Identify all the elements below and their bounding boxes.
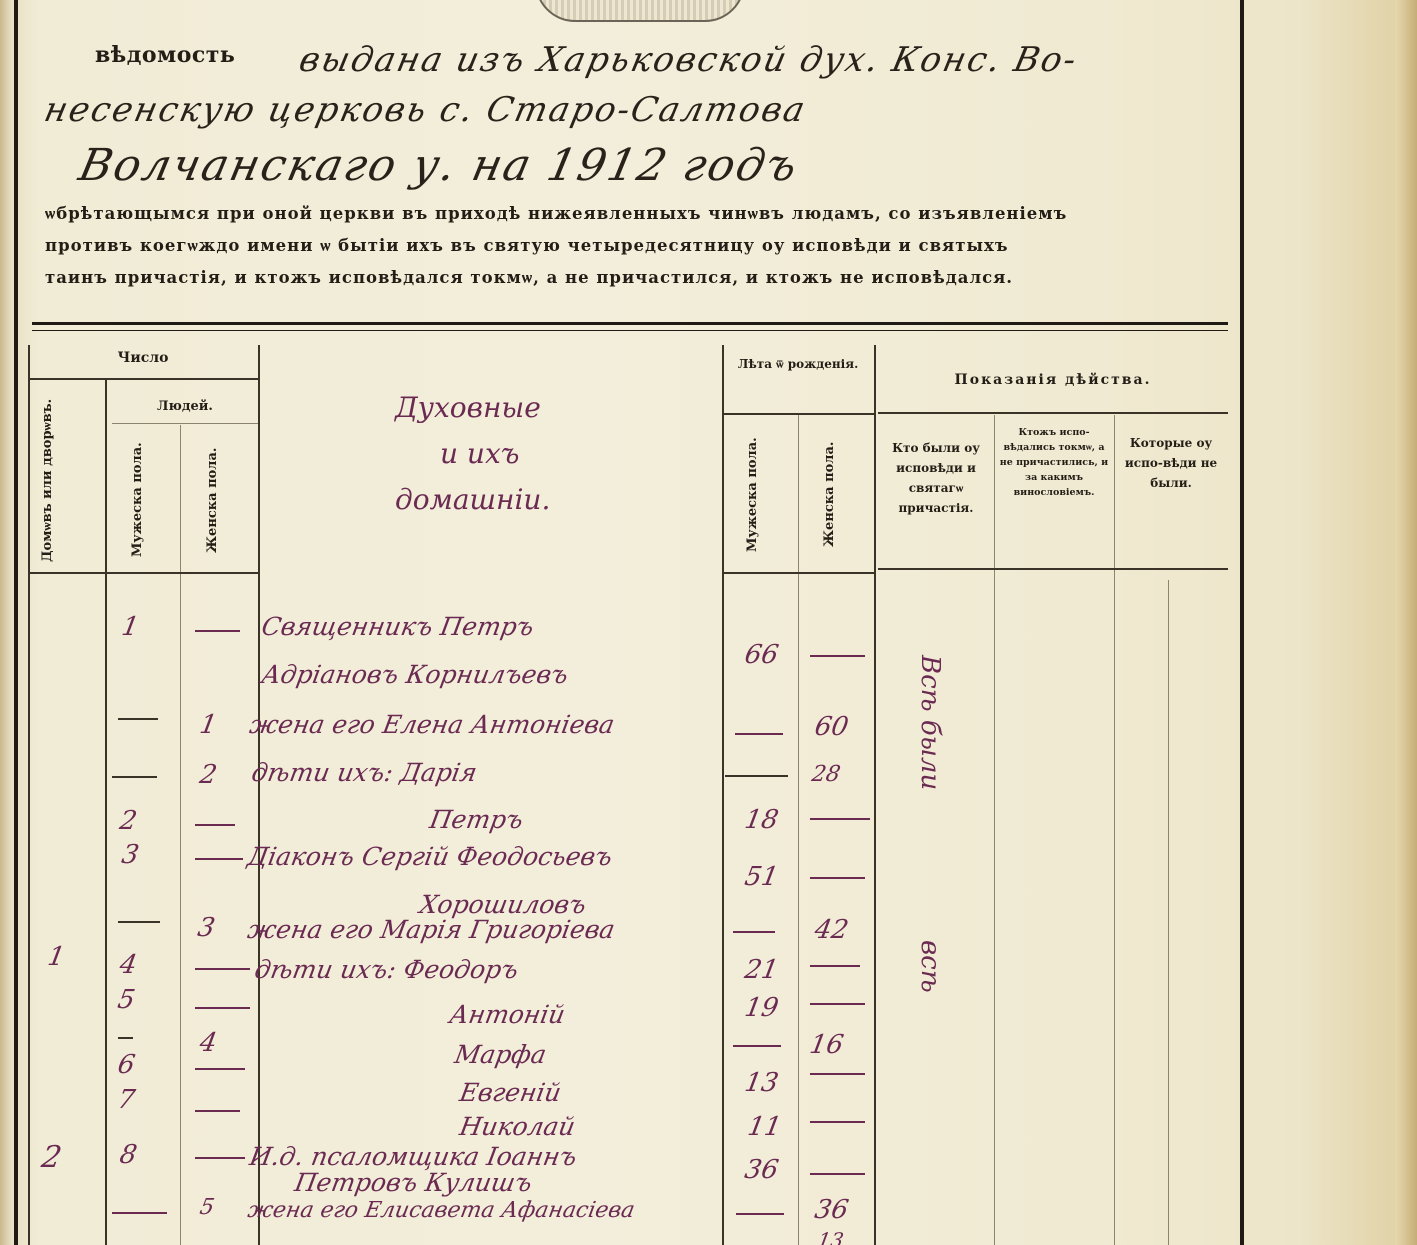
header-col-a: Кто были оу исповѣди и святагѡ причастія… — [880, 438, 992, 518]
row-9-muzh: 5 — [115, 985, 137, 1015]
row-13-age-m: 36 — [742, 1155, 780, 1185]
header-lyudey: Людей. — [112, 398, 258, 415]
left-border-rule — [14, 0, 18, 1245]
names-header-line: Духовные — [395, 385, 635, 431]
col-line-dom — [105, 380, 107, 1245]
col-line-leta-split — [798, 415, 799, 1245]
row-4-age-m: 18 — [742, 805, 780, 835]
row-11-muzh: 6 — [115, 1050, 137, 1080]
row-3-age-m-dash — [725, 775, 788, 777]
row-9-age-f-dash — [810, 1003, 865, 1005]
row-2-zhen: 1 — [197, 710, 219, 740]
header-zhen-pola: Женска пола. — [205, 430, 235, 570]
row-11-age-f-dash — [810, 1073, 865, 1075]
header-bottom-left — [28, 572, 258, 574]
row-3-muzh-dash — [112, 776, 157, 778]
row-8-age-m: 21 — [742, 955, 780, 985]
row-3-zhen: 2 — [197, 760, 219, 790]
header-divider — [32, 322, 1228, 325]
row-1-age-f-dash — [810, 655, 865, 657]
row-11-age-m: 13 — [742, 1068, 780, 1098]
row-4-zhen-dash — [195, 824, 235, 826]
row-13-name: И.д. псаломщика Іоаннъ — [247, 1142, 579, 1171]
leta-underline — [722, 413, 874, 415]
row-2-age-f: 60 — [812, 712, 850, 742]
row-15-name: жена его Елисавета Афанасіева — [246, 1198, 637, 1223]
row-1-name: Адріановъ Корнилъевъ — [259, 660, 570, 689]
handwritten-title-line-3: Волчанскаго у. на 1912 годъ — [75, 140, 804, 191]
row-15-age-f: 36 — [812, 1195, 850, 1225]
row-0-muzh: 1 — [119, 612, 141, 642]
col-line-pokaz-a — [994, 415, 995, 1245]
col-line-names — [258, 345, 260, 1245]
intro-line: таинъ причастія, и ктожъ исповѣдался ток… — [45, 262, 1225, 294]
names-header-line: и ихъ — [395, 431, 635, 477]
row-5-name: Діаконъ Сергій Феодосьевъ — [245, 842, 614, 871]
row-8-zhen-dash — [195, 968, 250, 970]
row-10-name: Марфа — [452, 1040, 548, 1069]
right-border-rule — [1240, 0, 1244, 1245]
row-5-muzh: 3 — [119, 840, 141, 870]
row-12-age-f-dash — [810, 1121, 865, 1123]
row-4-muzh: 2 — [117, 806, 139, 836]
row-9-zhen-dash — [195, 1007, 250, 1009]
row-13-dom: 2 — [39, 1140, 64, 1175]
row-7-name: жена его Марія Григоріева — [245, 915, 617, 944]
row-5-zhen-dash — [195, 858, 243, 860]
row-0-name: Священникъ Петръ — [259, 612, 536, 641]
header-muzh-pola: Мужеска пола. — [130, 430, 160, 570]
handwritten-title-line-2: несенскую церковь с. Старо-Салтова — [41, 90, 810, 130]
row-9-name: Антоній — [447, 1000, 567, 1029]
row-15-zhen: 5 — [198, 1195, 216, 1220]
row-4-age-f-dash — [810, 818, 870, 820]
header-bottom-leta — [722, 572, 874, 574]
row-12-age-m: 11 — [745, 1112, 783, 1142]
row-12-muzh: 7 — [115, 1085, 137, 1115]
header-col-c: Которые оу испо-вѣди не были. — [1117, 433, 1225, 493]
row-7-zhen: 3 — [195, 913, 217, 943]
row-2-name: жена его Елена Антоніева — [247, 710, 616, 739]
handwritten-title-line-1: выдана изъ Харьковской дух. Конс. Во- — [296, 40, 1082, 80]
col-line-pokaz — [874, 345, 876, 1245]
crest-emblem-icon — [535, 0, 745, 22]
header-names-column: Духовные и ихъ домашніи. — [395, 385, 635, 523]
col-line-pokaz-b — [1114, 415, 1115, 1245]
row-10-muzh-dash — [118, 1037, 133, 1039]
row-8-dom: 1 — [45, 942, 67, 972]
names-header-line: домашніи. — [395, 477, 635, 523]
chislo-underline — [28, 378, 258, 380]
header-chislo: Число — [28, 350, 258, 367]
row-13-zhen-dash — [195, 1157, 245, 1159]
row-12-name: Николай — [457, 1112, 577, 1141]
header-divider-thin — [32, 330, 1228, 331]
row-11-zhen-dash — [195, 1068, 245, 1070]
column-a-note-lower: всѣ — [915, 940, 945, 993]
row-7-muzh-dash — [118, 921, 160, 923]
row-16-age-f: 13 — [816, 1228, 846, 1245]
lyudey-underline — [112, 423, 258, 424]
pokaz-underline — [878, 412, 1228, 414]
row-8-name: дѣти ихъ: Феодоръ — [252, 955, 520, 984]
row-8-age-f-dash — [810, 965, 860, 967]
intro-paragraph: ѡбрѣтающымся при оной церкви въ приходѣ … — [45, 198, 1225, 294]
col-line-leta — [722, 345, 724, 1245]
row-12-zhen-dash — [195, 1110, 240, 1112]
row-7-age-m-dash — [733, 931, 775, 933]
row-13-age-f-dash — [810, 1173, 865, 1175]
row-11-name: Евгеній — [457, 1078, 563, 1107]
row-8-muzh: 4 — [117, 950, 139, 980]
row-2-muzh-dash — [118, 718, 158, 720]
register-page: вѣдомость выдана изъ Харьковской дух. Ко… — [0, 0, 1417, 1245]
row-0-zhen-dash — [195, 630, 240, 632]
col-line-lyudey-split — [180, 425, 181, 1245]
row-14-name: Петровъ Кулишъ — [292, 1168, 534, 1197]
printed-title: вѣдомость — [95, 42, 235, 68]
row-4-name: Петръ — [427, 805, 525, 834]
row-10-zhen: 4 — [197, 1028, 219, 1058]
row-10-age-m-dash — [733, 1045, 781, 1047]
table-left-line — [28, 345, 30, 1245]
header-leta-zhen: Женска пола. — [822, 422, 852, 567]
row-2-age-m-dash — [735, 733, 783, 735]
row-9-age-m: 19 — [742, 993, 780, 1023]
row-7-age-f: 42 — [812, 915, 850, 945]
header-col-b: Ктожъ испо-вѣдались токмѡ, а не причасти… — [997, 425, 1111, 500]
row-6-age-f-dash — [810, 877, 865, 879]
header-pokazania: Показанія дѣйства. — [878, 372, 1228, 389]
column-a-note: Всѣ были — [915, 655, 945, 790]
row-3-name: дѣти ихъ: Дарія — [249, 758, 479, 787]
row-6-age-m: 51 — [742, 862, 780, 892]
col-line-faint — [1168, 580, 1169, 1245]
row-13-muzh: 8 — [117, 1140, 139, 1170]
header-bottom-pokaz — [878, 568, 1228, 570]
header-leta-muzh: Мужеска пола. — [745, 422, 775, 567]
header-domov: Домѡвъ или дворѡвъ. — [40, 395, 100, 565]
row-15-age-m-dash — [736, 1213, 784, 1215]
header-leta: Лѣта ѿ рожденія. — [722, 356, 874, 373]
row-15-muzh-dash — [112, 1212, 167, 1214]
row-1-age-m: 66 — [742, 640, 780, 670]
row-3-age-f: 28 — [810, 762, 842, 787]
intro-line: противъ коегѡждо имени ѡ бытіи ихъ въ св… — [45, 230, 1225, 262]
row-10-age-f: 16 — [807, 1030, 845, 1060]
page-gutter — [1395, 0, 1417, 1245]
intro-line: ѡбрѣтающымся при оной церкви въ приходѣ … — [45, 198, 1225, 230]
